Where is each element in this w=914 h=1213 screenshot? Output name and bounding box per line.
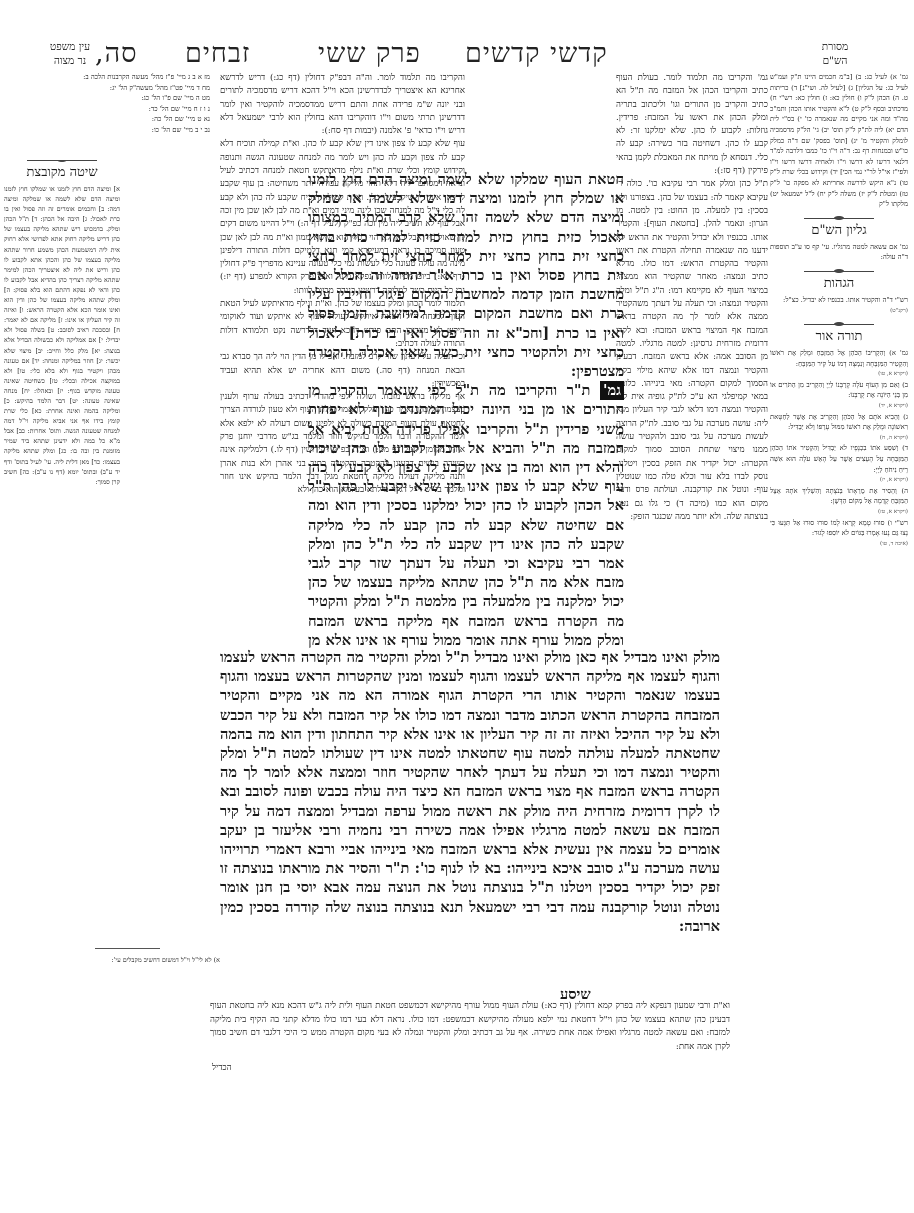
talmud-page: מסורת הש"ם קדשי קדשים פרק ששי זבחים סה, … (0, 0, 914, 1213)
hagahot-source: (רקנ"ט) (770, 306, 908, 317)
ornament-divider (804, 218, 874, 219)
tosafot-paragraph: עוף שלא קבע לו צפון אינו דין שלא קבע לו … (220, 138, 465, 298)
ein-mishpat-entry: נא ט מיי' שם הל' כה: (60, 114, 210, 125)
torah-or-entry: ג) וְהֵבִיא אֹתָם אֶל הַכֹּהֵן וְהִקְרִי… (770, 412, 908, 444)
mesoret-label-2: הש"ם (770, 54, 900, 68)
ein-mishpat-label-1: עין משפט (20, 40, 120, 54)
mesoret-entries: גמ' א) לעיל כג: ב) [ב"מ חכמים היינו ת"ק … (770, 72, 908, 210)
footnote-divider (95, 948, 160, 949)
torah-or-entry: ב) וְאִם מִן הָעוֹף עֹלָה קָרְבָּנוֹ לַי… (770, 380, 908, 412)
torah-or-source: (איכה ד, טו) (770, 539, 908, 550)
torah-or-text: גמ' א) וְהִקְרִיבוֹ הַכֹּהֵן אֶל הַמִּזְ… (770, 348, 908, 369)
ein-mishpat-entry: נ ו ז ח מיי' שם הל' כד: (60, 104, 210, 115)
bottom-tosafot: וא"ת ורבי שמעון דנפקא ליה בפרק קמא דחולי… (210, 1000, 730, 1054)
gemara-label: גמ' (600, 381, 624, 400)
torah-or-source: (ויקרא א, יז) (770, 475, 908, 486)
ein-mishpat-entry: מט ה מיי' שם פ"ו הל' כג: (60, 93, 210, 104)
torah-or-source: (ויקרא א, טו) (770, 369, 908, 380)
shita-mekubetzet-title: שיטה מקובצת (4, 164, 120, 182)
ein-mishpat-entry: נב י ב מיי' שם הל' כו: (60, 125, 210, 136)
torah-or-entry: רש"י ו) סוּרוּ טָמֵא קָרְאוּ לָמוֹ סוּרו… (770, 518, 908, 550)
torah-or-entry: ה) וְהֵסִיר אֶת מֻרְאָתוֹ בְּנֹצָתָהּ וְ… (770, 486, 908, 518)
tosafot-paragraph: תלמוד לומר הכהן ומלק בעצמו של כהן. וא"ת … (220, 298, 465, 351)
ein-mishpat-entry: מז א ב ג מיי' פ"ז מהל' מעשה הקרבנות הלכה… (60, 72, 210, 83)
ein-mishpat-heading: עין משפט נר מצוה (20, 40, 120, 68)
torah-or-entry: ד) וְשִׁסַּע אֹתוֹ בִכְנָפָיו לֹא יַבְדִ… (770, 443, 908, 485)
mesoret-hashas-heading: מסורת הש"ם (770, 40, 900, 68)
ein-mishpat-label-2: נר מצוה (20, 54, 120, 68)
tosafot-catchword: הכדיל (212, 1062, 232, 1073)
ornament-divider (27, 160, 97, 161)
tosafot-paragraph: והקריבו מה תלמוד לומר. וה"ה דבפ"ק דחולין… (220, 72, 465, 138)
tosafot-paragraph: אף מליקה בראש מזבח. ושולה ילפי מהדדי דכת… (220, 391, 465, 497)
tractate-section-title: קדשי קדשים (465, 38, 608, 69)
tosafot-paragraph: וכי תעלה על דעתך שזר קרב למזבח. ואפילו מ… (220, 351, 465, 391)
rashi-paragraph: ת"ל כהן ומלק אמר רבי עקיבא כו'. כולה ר' … (616, 178, 768, 524)
shita-mekubetzet-column: שיטה מקובצת א] ומיצה הדם חוץ לזמנו או שמ… (4, 160, 120, 945)
hagahot-title: הגהות (770, 275, 908, 293)
shita-mekubetzet-text: א] ומיצה הדם חוץ לזמנו או שמלקו חוץ לזמנ… (4, 184, 120, 487)
torah-or-entry: גמ' א) וְהִקְרִיבוֹ הַכֹּהֵן אֶל הַמִּזְ… (770, 348, 908, 380)
torah-or-text: רש"י ו) סוּרוּ טָמֵא קָרְאוּ לָמוֹ סוּרו… (770, 518, 908, 539)
torah-or-source: (ויקרא א, טז) (770, 507, 908, 518)
ornament-divider (804, 324, 874, 325)
ein-mishpat-entry: מח ד מיי' פט"ז מהל' מעשה"ק הל' יג: (60, 83, 210, 94)
torah-or-text: ב) וְאִם מִן הָעוֹף עֹלָה קָרְבָּנוֹ לַי… (770, 380, 908, 401)
ornament-divider (804, 271, 874, 272)
torah-or-text: ג) וְהֵבִיא אֹתָם אֶל הַכֹּהֵן וְהִקְרִי… (770, 412, 908, 433)
shita-footnote: א) לא לי"ל וי"ל דמשום דחשיב מקבלים עי': (70, 955, 220, 965)
rashi-commentary: גמ' והקריבו מה תלמוד לומר. בעולת העוף כת… (616, 72, 768, 647)
mesoret-label-1: מסורת (770, 40, 900, 54)
hagahot-text: רש"י ד"ה והקטיר אותו. בכנפיו לא יבדיל. כ… (770, 295, 908, 306)
torah-or-source: (ויקרא א, יד) (770, 401, 908, 412)
chapter-title: פרק ששי (318, 38, 421, 69)
gilyon-hashas-title: גליון הש"ם (770, 222, 908, 240)
torah-or-title: תורה אור (770, 328, 908, 346)
tractate-title: זבחים (185, 38, 250, 69)
rashi-paragraph: גמ' והקריבו מה תלמוד לומר. בעולת העוף כת… (616, 72, 768, 178)
mesoret-hashas-column: גמ' א) לעיל כג: ב) [ב"מ חכמים היינו ת"ק … (770, 72, 908, 712)
gilyon-hashas-text: גמ' אם עשאה למטה מרגליו. עי' קף סו ע"ב ת… (770, 242, 908, 263)
bottom-tosafot-text: וא"ת ורבי שמעון דנפקא ליה בפרק קמא דחולי… (210, 1000, 730, 1054)
torah-or-text: ד) וְשִׁסַּע אֹתוֹ בִכְנָפָיו לֹא יַבְדִ… (770, 443, 908, 475)
torah-or-source: (ויקרא ה, ח) (770, 433, 908, 444)
torah-or-text: ה) וְהֵסִיר אֶת מֻרְאָתוֹ בְּנֹצָתָהּ וְ… (770, 486, 908, 507)
ein-mishpat-column: מז א ב ג מיי' פ"ז מהל' מעשה הקרבנות הלכה… (60, 72, 210, 152)
tosafot-commentary: והקריבו מה תלמוד לומר. וה"ה דבפ"ק דחולין… (220, 72, 465, 997)
